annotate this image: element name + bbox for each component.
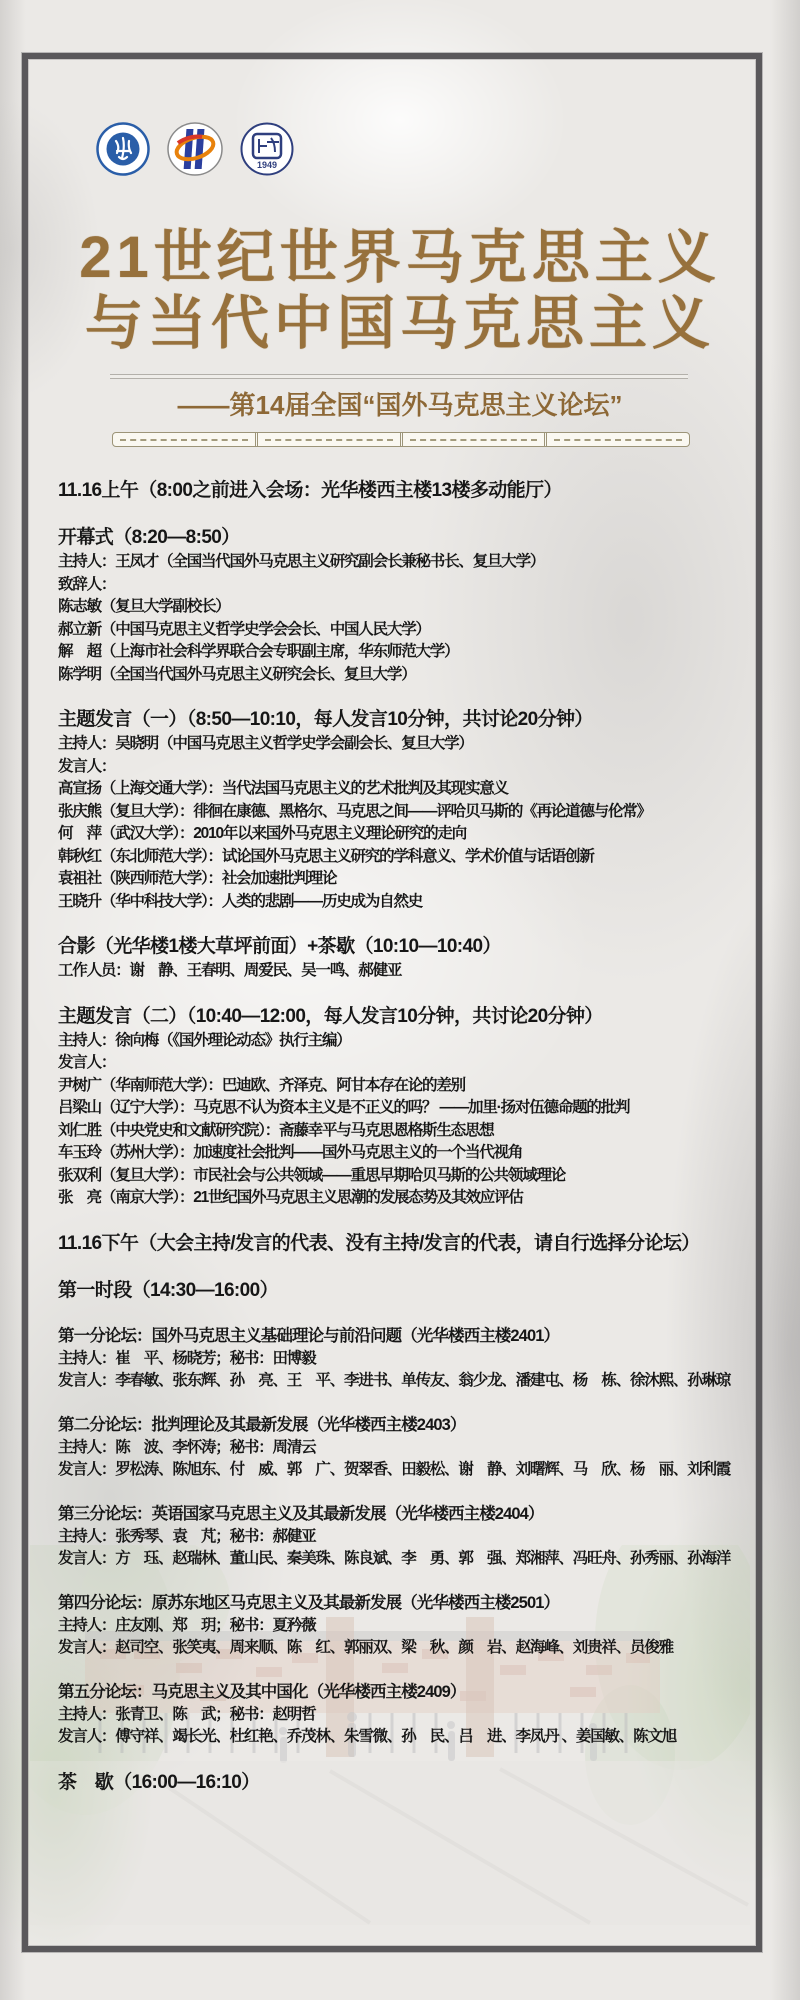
schedule-section: 第五分论坛：马克思主义及其中国化（光华楼西主楼2409）主持人：张青卫、陈 武；… [58, 1681, 758, 1749]
section-heading: 第二分论坛：批判理论及其最新发展（光华楼西主楼2403） [58, 1414, 758, 1437]
schedule-section: 第二分论坛：批判理论及其最新发展（光华楼西主楼2403）主持人：陈 波、李怀涛；… [58, 1414, 758, 1482]
section-line: 陈志敏（复旦大学副校长） [58, 596, 758, 619]
section-line: 发言人：李春敏、张东辉、孙 亮、王 平、李进书、单传友、翁少龙、潘建屯、杨 栋、… [58, 1370, 758, 1393]
section-line: 张庆熊（复旦大学）：徘徊在康德、黑格尔、马克思之间——评哈贝马斯的《再论道德与伦… [58, 801, 758, 824]
section-line: 发言人： [58, 756, 758, 779]
marxism-school-1949-seal-icon: 1949 [240, 121, 294, 177]
schedule: 11.16上午（8:00之前进入会场：光华楼西主楼13楼多动能厅）开幕式（8:2… [58, 478, 758, 1817]
schedule-section: 11.16上午（8:00之前进入会场：光华楼西主楼13楼多动能厅） [58, 478, 758, 504]
section-line: 吕梁山（辽宁大学）：马克思不认为资本主义是不正义的吗？ ——加里·扬对伍德命题的… [58, 1097, 758, 1120]
poster-title-line1: 21世纪世界马克思主义 [0, 226, 800, 290]
fudan-philosophy-logo-icon [96, 121, 150, 177]
section-heading: 第四分论坛：原苏东地区马克思主义及其最新发展（光华楼西主楼2501） [58, 1592, 758, 1615]
seal-year-label: 1949 [257, 160, 277, 170]
schedule-section: 主题发言（二）（10:40—12:00，每人发言10分钟，共讨论20分钟）主持人… [58, 1004, 758, 1210]
section-heading: 开幕式（8:20—8:50） [58, 525, 758, 551]
section-line: 发言人： [58, 1052, 758, 1075]
section-heading: 11.16下午（大会主持/发言的代表、没有主持/发言的代表，请自行选择分论坛） [58, 1231, 758, 1257]
section-line: 发言人：傅守祥、竭长光、杜红艳、乔茂林、朱雪微、孙 民、吕 进、李凤丹 、姜国敏… [58, 1726, 758, 1749]
poster-subtitle: ——第14届全国“国外马克思主义论坛” [0, 388, 800, 422]
section-line: 主持人：庄友刚、郑 玥；秘书：夏矜薇 [58, 1615, 758, 1638]
section-line: 高宣扬（上海交通大学）：当代法国马克思主义的艺术批判及其现实意义 [58, 778, 758, 801]
section-line: 陈学明（全国当代国外马克思主义研究会长、复旦大学） [58, 664, 758, 687]
section-heading: 茶 歇（16:00—16:10） [58, 1770, 758, 1796]
section-line: 主持人：张青卫、陈 武；秘书：赵明哲 [58, 1704, 758, 1727]
section-line: 韩秋红（东北师范大学）：试论国外马克思主义研究的学科意义、学术价值与话语创新 [58, 846, 758, 869]
section-heading: 第三分论坛：英语国家马克思主义及其最新发展（光华楼西主楼2404） [58, 1503, 758, 1526]
section-line: 致辞人： [58, 574, 758, 597]
section-line: 刘仁胜（中央党史和文献研究院）：斋藤幸平与马克思恩格斯生态思想 [58, 1120, 758, 1143]
schedule-section: 第一分论坛：国外马克思主义基础理论与前沿问题（光华楼西主楼2401）主持人：崔 … [58, 1325, 758, 1393]
schedule-section: 第四分论坛：原苏东地区马克思主义及其最新发展（光华楼西主楼2501）主持人：庄友… [58, 1592, 758, 1660]
schedule-section: 第三分论坛：英语国家马克思主义及其最新发展（光华楼西主楼2404）主持人：张秀琴… [58, 1503, 758, 1571]
conference-poster: 1949 21世纪世界马克思主义 与当代中国马克思主义 ——第14届全国“国外马… [0, 0, 800, 2000]
schedule-section: 第一时段（14:30—16:00） [58, 1278, 758, 1304]
section-line: 张 亮（南京大学）：21世纪国外马克思主义思潮的发展态势及其效应评估 [58, 1187, 758, 1210]
schedule-section: 主题发言（一）（8:50—10:10，每人发言10分钟，共讨论20分钟）主持人：… [58, 707, 758, 913]
section-line: 主持人：陈 波、李怀涛；秘书：周清云 [58, 1437, 758, 1460]
section-line: 工作人员：谢 静、王春明、周爱民、吴一鸣、郝健亚 [58, 960, 758, 983]
bamboo-segment [255, 433, 400, 446]
key-research-institute-logo-icon [166, 121, 224, 177]
schedule-section: 11.16下午（大会主持/发言的代表、没有主持/发言的代表，请自行选择分论坛） [58, 1231, 758, 1257]
poster-title-line2: 与当代中国马克思主义 [0, 292, 800, 356]
section-line: 郝立新（中国马克思主义哲学史学会会长、中国人民大学） [58, 619, 758, 642]
section-line: 解 超（上海市社会科学界联合会专职副主席，华东师范大学） [58, 641, 758, 664]
schedule-section: 茶 歇（16:00—16:10） [58, 1770, 758, 1796]
bamboo-scroll-divider [112, 432, 690, 447]
section-heading: 合影（光华楼1楼大草坪前面）+茶歇（10:10—10:40） [58, 934, 758, 960]
section-line: 主持人：崔 平、杨晓芳；秘书：田博毅 [58, 1348, 758, 1371]
section-heading: 第一分论坛：国外马克思主义基础理论与前沿问题（光华楼西主楼2401） [58, 1325, 758, 1348]
bamboo-segment [544, 433, 689, 446]
schedule-section: 合影（光华楼1楼大草坪前面）+茶歇（10:10—10:40）工作人员：谢 静、王… [58, 934, 758, 983]
section-line: 张双利（复旦大学）：市民社会与公共领域——重思早期哈贝马斯的公共领域理论 [58, 1165, 758, 1188]
section-line: 主持人：徐向梅（《国外理论动态》执行主编） [58, 1030, 758, 1053]
section-line: 发言人：方 珏、赵瑞林、董山民、秦美珠、陈良斌、李 勇、郭 强、郑湘萍、冯旺舟、… [58, 1548, 758, 1571]
section-line: 发言人：赵司空、张笑夷、周来顺、陈 红、郭丽双、梁 秋、颜 岩、赵海峰、刘贵祥、… [58, 1637, 758, 1660]
section-line: 袁祖社（陕西师范大学）：社会加速批判理论 [58, 868, 758, 891]
bamboo-segment [400, 433, 545, 446]
organizer-logos: 1949 [96, 120, 294, 178]
section-line: 主持人：王凤才（全国当代国外马克思主义研究副会长兼秘书长、复旦大学） [58, 551, 758, 574]
schedule-section: 开幕式（8:20—8:50）主持人：王凤才（全国当代国外马克思主义研究副会长兼秘… [58, 525, 758, 686]
section-heading: 主题发言（二）（10:40—12:00，每人发言10分钟，共讨论20分钟） [58, 1004, 758, 1030]
section-heading: 11.16上午（8:00之前进入会场：光华楼西主楼13楼多动能厅） [58, 478, 758, 504]
section-line: 主持人：张秀琴、袁 芃；秘书：郝健亚 [58, 1526, 758, 1549]
section-heading: 第一时段（14:30—16:00） [58, 1278, 758, 1304]
title-divider-rule [110, 374, 688, 379]
section-heading: 第五分论坛：马克思主义及其中国化（光华楼西主楼2409） [58, 1681, 758, 1704]
section-line: 发言人：罗松涛、陈旭东、付 威、郭 广、贺翠香、田毅松、谢 静、刘曙辉、马 欣、… [58, 1459, 758, 1482]
section-line: 车玉玲（苏州大学）：加速度社会批判——国外马克思主义的一个当代视角 [58, 1142, 758, 1165]
section-line: 王晓升（华中科技大学）：人类的悲剧——历史成为自然史 [58, 891, 758, 914]
section-line: 何 萍（武汉大学）：2010年以来国外马克思主义理论研究的走向 [58, 823, 758, 846]
section-heading: 主题发言（一）（8:50—10:10，每人发言10分钟，共讨论20分钟） [58, 707, 758, 733]
bamboo-segment [113, 433, 255, 446]
section-line: 尹树广（华南师范大学）：巴迪欧、齐泽克、阿甘本存在论的差别 [58, 1075, 758, 1098]
section-line: 主持人：吴晓明（中国马克思主义哲学史学会副会长、复旦大学） [58, 733, 758, 756]
